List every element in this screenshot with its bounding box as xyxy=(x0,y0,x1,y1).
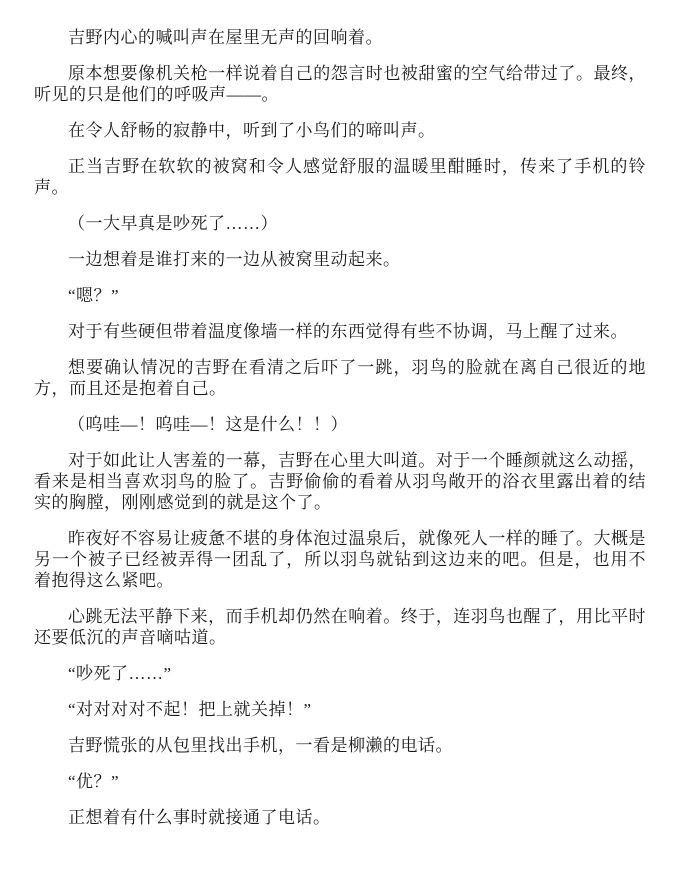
paragraph-07: “嗯？” xyxy=(34,285,646,306)
paragraph-14: “吵死了……” xyxy=(34,663,646,684)
paragraph-12: 昨夜好不容易让疲惫不堪的身体泡过温泉后，就像死人一样的睡了。大概是另一个被子已经… xyxy=(34,528,646,591)
paragraph-17: “优？” xyxy=(34,771,646,792)
paragraph-08: 对于有些硬但带着温度像墙一样的东西觉得有些不协调，马上醒了过来。 xyxy=(34,321,646,342)
paragraph-13: 心跳无法平静下来，而手机却仍然在响着。终于，连羽鸟也醒了，用比平时还要低沉的声音… xyxy=(34,606,646,648)
paragraph-10: （呜哇—！呜哇—！这是什么！！） xyxy=(34,414,646,435)
paragraph-18: 正想着有什么事时就接通了电话。 xyxy=(34,807,646,828)
paragraph-01: 吉野内心的喊叫声在屋里无声的回响着。 xyxy=(34,27,646,48)
paragraph-02: 原本想要像机关枪一样说着自己的怨言时也被甜蜜的空气给带过了。最终，听见的只是他们… xyxy=(34,63,646,105)
paragraph-05: （一大早真是吵死了……） xyxy=(34,213,646,234)
paragraph-06: 一边想着是谁打来的一边从被窝里动起来。 xyxy=(34,249,646,270)
document-page: 吉野内心的喊叫声在屋里无声的回响着。 原本想要像机关枪一样说着自己的怨言时也被甜… xyxy=(0,0,680,880)
paragraph-09: 想要确认情况的吉野在看清之后吓了一跳，羽鸟的脸就在离自己很近的地方，而且还是抱着… xyxy=(34,357,646,399)
paragraph-04: 正当吉野在软软的被窝和令人感觉舒服的温暖里酣睡时，传来了手机的铃声。 xyxy=(34,156,646,198)
paragraph-11: 对于如此让人害羞的一幕，吉野在心里大叫道。对于一个睡颜就这么动摇，看来是相当喜欢… xyxy=(34,450,646,513)
paragraph-03: 在令人舒畅的寂静中，听到了小鸟们的啼叫声。 xyxy=(34,120,646,141)
paragraph-15: “对对对对不起！把上就关掉！” xyxy=(34,699,646,720)
paragraph-16: 吉野慌张的从包里找出手机，一看是柳濑的电话。 xyxy=(34,735,646,756)
